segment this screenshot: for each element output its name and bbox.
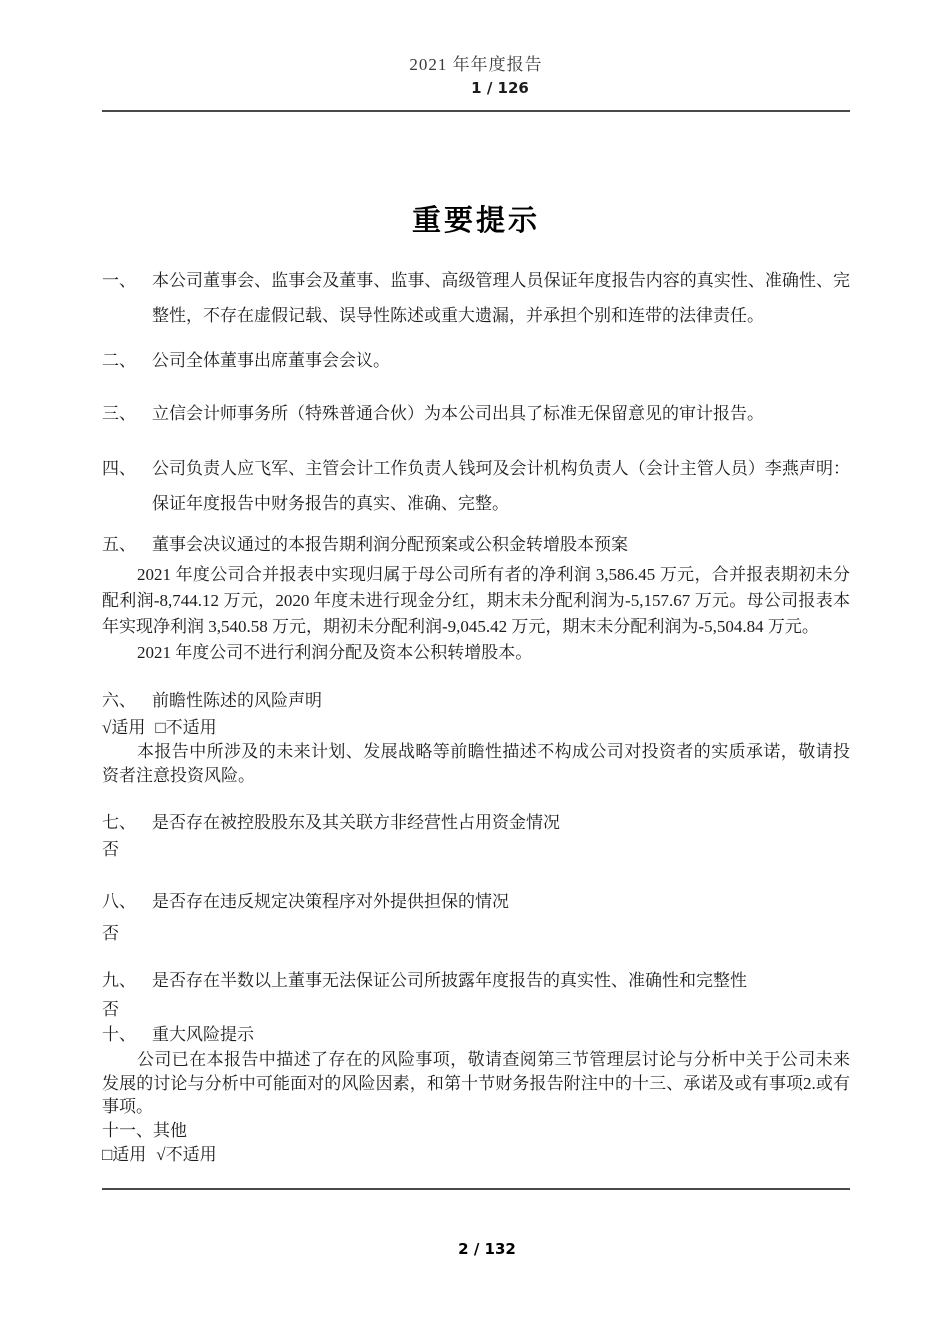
section-seven-answer: 否 <box>102 838 850 862</box>
section-six-text: 前瞻性陈述的风险声明 <box>152 686 850 716</box>
section-one-text: 本公司董事会、监事会及董事、监事、高级管理人员保证年度报告内容的真实性、准确性、… <box>152 263 850 333</box>
section-four-text: 公司负责人应飞军、主管会计工作负责人钱珂及会计机构负责人（会计主管人员）李燕声明… <box>152 451 850 521</box>
section-three: 三、 立信会计师事务所（特殊普通合伙）为本公司出具了标准无保留意见的审计报告。 <box>102 396 850 431</box>
section-six-number: 六、 <box>102 686 152 716</box>
page-header: 2021 年年度报告 1 / 126 <box>102 0 850 97</box>
footer-page-number: 2 / 132 <box>0 1240 950 1258</box>
check-icon: √ <box>156 1145 165 1164</box>
doc-title: 2021 年年度报告 <box>102 50 850 75</box>
section-two-number: 二、 <box>102 343 152 378</box>
section-two: 二、 公司全体董事出席董事会会议。 <box>102 343 850 378</box>
applicability-line-forward-statement: √适用□不适用 <box>102 716 850 740</box>
section-ten-number: 十、 <box>102 1022 152 1048</box>
section-five-number: 五、 <box>102 527 152 562</box>
header-divider <box>102 110 850 112</box>
section-seven: 七、 是否存在被控股股东及其关联方非经营性占用资金情况 <box>102 808 850 838</box>
check-icon: √ <box>102 718 111 737</box>
applicable-label: 适用 <box>111 718 145 737</box>
section-one-number: 一、 <box>102 263 152 333</box>
section-three-number: 三、 <box>102 396 152 431</box>
section-four-number: 四、 <box>102 451 152 521</box>
applicable-label: 适用 <box>112 1145 146 1164</box>
not-applicable-label: 不适用 <box>166 718 217 737</box>
section-eight-answer: 否 <box>102 922 850 946</box>
not-applicable-label: 不适用 <box>166 1145 217 1164</box>
section-six: 六、 前瞻性陈述的风险声明 <box>102 686 850 716</box>
section-seven-text: 是否存在被控股股东及其关联方非经营性占用资金情况 <box>152 808 850 838</box>
section-nine-answer: 否 <box>102 998 850 1022</box>
checkbox-icon: □ <box>155 718 165 737</box>
profit-distribution-paragraph-2: 2021 年度公司不进行利润分配及资本公积转增股本。 <box>102 640 850 666</box>
section-four: 四、 公司负责人应飞军、主管会计工作负责人钱珂及会计机构负责人（会计主管人员）李… <box>102 451 850 521</box>
section-ten: 十、 重大风险提示 <box>102 1022 850 1048</box>
header-page-number: 1 / 126 <box>126 79 874 97</box>
section-eight-number: 八、 <box>102 887 152 917</box>
section-nine: 九、 是否存在半数以上董事无法保证公司所披露年度报告的真实性、准确性和完整性 <box>102 966 850 996</box>
section-eleven-label: 十一、其他 <box>102 1119 850 1143</box>
profit-distribution-paragraph-1: 2021 年度公司合并报表中实现归属于母公司所有者的净利润 3,586.45 万… <box>102 562 850 640</box>
section-seven-number: 七、 <box>102 808 152 838</box>
section-eight: 八、 是否存在违反规定决策程序对外提供担保的情况 <box>102 887 850 917</box>
section-one: 一、 本公司董事会、监事会及董事、监事、高级管理人员保证年度报告内容的真实性、准… <box>102 263 850 333</box>
page-title: 重要提示 <box>102 198 850 239</box>
section-eight-text: 是否存在违反规定决策程序对外提供担保的情况 <box>152 887 850 917</box>
section-nine-text: 是否存在半数以上董事无法保证公司所披露年度报告的真实性、准确性和完整性 <box>152 966 850 996</box>
section-two-text: 公司全体董事出席董事会会议。 <box>152 343 850 378</box>
section-three-text: 立信会计师事务所（特殊普通合伙）为本公司出具了标准无保留意见的审计报告。 <box>152 396 850 431</box>
section-ten-text: 重大风险提示 <box>152 1022 850 1048</box>
forward-statement-paragraph: 本报告中所涉及的未来计划、发展战略等前瞻性描述不构成公司对投资者的实质承诺，敬请… <box>102 740 850 787</box>
section-five: 五、 董事会决议通过的本报告期利润分配预案或公积金转增股本预案 <box>102 527 850 562</box>
section-five-text: 董事会决议通过的本报告期利润分配预案或公积金转增股本预案 <box>152 527 850 562</box>
section-nine-number: 九、 <box>102 966 152 996</box>
major-risk-paragraph: 公司已在本报告中描述了存在的风险事项，敬请查阅第三节管理层讨论与分析中关于公司未… <box>102 1048 850 1119</box>
checkbox-icon: □ <box>102 1145 112 1164</box>
footer-divider <box>102 1188 850 1190</box>
report-page: 2021 年年度报告 1 / 126 重要提示 一、 本公司董事会、监事会及董事… <box>0 0 950 1344</box>
applicability-line-other: □适用√不适用 <box>102 1143 850 1167</box>
